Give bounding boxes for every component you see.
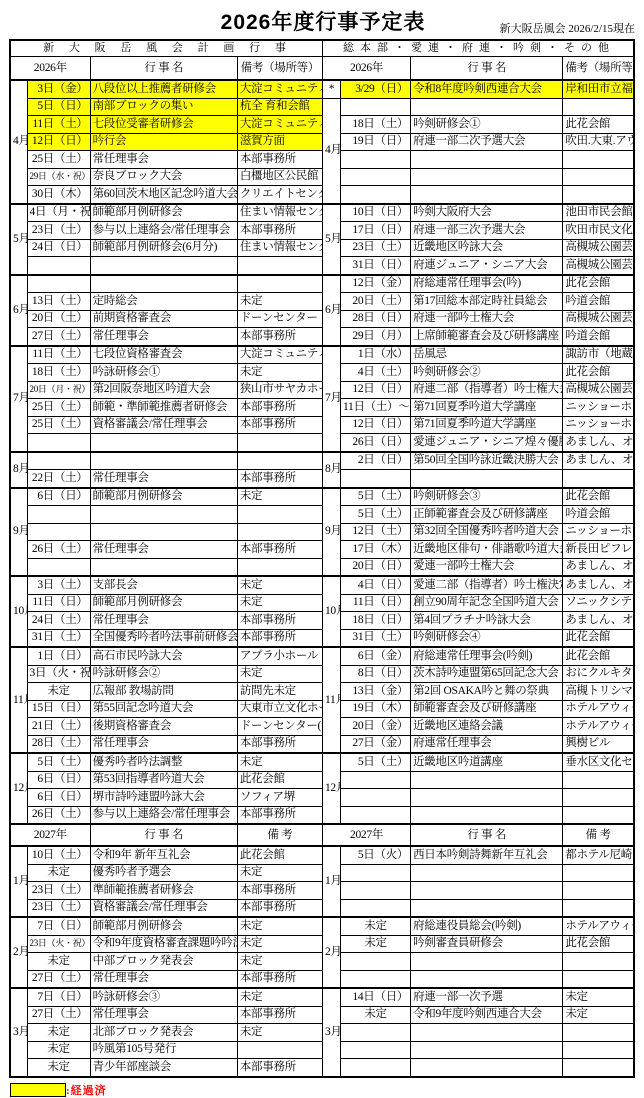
date-cell bbox=[27, 506, 90, 524]
date-cell: 17日（木） bbox=[340, 541, 410, 559]
venue-cell: 本部事務所 bbox=[237, 1006, 322, 1024]
right-section-title: 総本部・愛連・府連・吟剣・その他 bbox=[322, 40, 634, 57]
event-cell bbox=[90, 257, 237, 275]
event-col-header-right: 行 事 名 bbox=[411, 57, 563, 81]
schedule-row: 11日（日）師範部月例研修会未定11日（日）創立90周年記念全国吟道大会ソニック… bbox=[10, 594, 634, 612]
date-cell: 未定 bbox=[27, 864, 90, 882]
date-cell bbox=[340, 771, 410, 789]
venue-cell: 吟道会館 bbox=[563, 328, 634, 346]
title-row: 2026年度行事予定表 新大阪岳風会 2026/2/15現在 bbox=[9, 10, 637, 36]
date-cell bbox=[340, 1041, 410, 1059]
event-cell: 高石市民吟詠大会 bbox=[90, 647, 237, 665]
event-cell: 府連一部二次予選大会 bbox=[411, 133, 563, 151]
event-cell: 令和8年度吟剣西連合大会 bbox=[411, 80, 563, 98]
event-cell: 常任理事会 bbox=[90, 151, 237, 169]
venue-cell: 未定 bbox=[237, 594, 322, 612]
date-cell: 5日（土） bbox=[340, 506, 410, 524]
event-cell bbox=[411, 864, 563, 882]
date-cell: 8日（日） bbox=[340, 665, 410, 683]
section-header-row: 新 大 阪 岳 風 会 計 画 行 事 総本部・愛連・府連・吟剣・その他 bbox=[10, 40, 634, 57]
venue-cell: 本部事務所 bbox=[237, 882, 322, 900]
year-label-2027-left: 2027年 bbox=[10, 824, 90, 846]
venue-cell: ニッショーホール(東京) bbox=[563, 399, 634, 417]
date-cell: 7日（日） bbox=[27, 988, 90, 1006]
date-cell bbox=[340, 151, 410, 169]
event-cell: 支部長会 bbox=[90, 576, 237, 594]
date-cell: 28日（土） bbox=[27, 735, 90, 753]
venue-cell: あましん、オクトホール bbox=[563, 452, 634, 470]
date-cell: 27日（土） bbox=[27, 328, 90, 346]
venue-cell: 本部事務所 bbox=[237, 1059, 322, 1077]
date-cell bbox=[340, 953, 410, 971]
event-cell: 第32回全国優秀吟者吟道大会 bbox=[411, 523, 563, 541]
venue-cell: 吟道会館 bbox=[563, 506, 634, 524]
month-label: 1月 bbox=[322, 846, 340, 917]
event-cell: 愛連一部吟士権大会 bbox=[411, 558, 563, 576]
schedule-row: 27日（土）常任理事会本部事務所 bbox=[10, 970, 634, 988]
date-cell: 15日（日） bbox=[27, 700, 90, 718]
event-cell: 第17回総本部定時社員総会 bbox=[411, 293, 563, 311]
schedule-row: 24日（土）常任理事会本部事務所18日（日）第4回プラチナ吟詠大会あましん、オク… bbox=[10, 612, 634, 630]
venue-cell: ホテルアウィーナ大阪 bbox=[563, 700, 634, 718]
date-cell: 未定 bbox=[340, 935, 410, 953]
date-cell: 4日（日） bbox=[340, 576, 410, 594]
date-cell: 29日（水・祝） bbox=[27, 168, 90, 186]
venue-cell: 本部事務所 bbox=[237, 151, 322, 169]
schedule-row: 未定北部ブロック発表会未定 bbox=[10, 1024, 634, 1042]
event-cell: 優秀吟者予選会 bbox=[90, 864, 237, 882]
schedule-row: 6日（日）第53回指導者吟道大会此花会館 bbox=[10, 771, 634, 789]
venue-cell: 未定 bbox=[563, 988, 634, 1006]
date-cell: 5日（日） bbox=[27, 98, 90, 116]
date-cell: 1日（日） bbox=[27, 647, 90, 665]
event-cell: 第2回 OSAKA吟と舞の祭典 bbox=[411, 683, 563, 701]
date-cell bbox=[340, 882, 410, 900]
schedule-row: 未定中部ブロック発表会未定 bbox=[10, 953, 634, 971]
venue-cell: 本部事務所 bbox=[237, 629, 322, 647]
schedule-row: 未定吟風第105号発行 bbox=[10, 1041, 634, 1059]
schedule-row: 未定広報部 教場訪問訪問先未定13日（金）第2回 OSAKA吟と舞の祭典高槻トリ… bbox=[10, 683, 634, 701]
date-cell: 23日（土） bbox=[27, 222, 90, 240]
venue-cell bbox=[563, 470, 634, 488]
date-cell: 28日（日） bbox=[340, 310, 410, 328]
schedule-row: 未定青少年部座談会本部事務所 bbox=[10, 1059, 634, 1077]
event-col-header-2027-left: 行 事 名 bbox=[90, 824, 237, 846]
date-cell bbox=[27, 257, 90, 275]
date-cell: 17日（日） bbox=[340, 222, 410, 240]
date-cell: 10日（土） bbox=[27, 846, 90, 864]
rows-2026: 4月3日（金）八段位以上推薦者研修会大淀コミュニティセンター*3/29（日）令和… bbox=[10, 80, 634, 824]
venue-cell: 池田市民会館 bbox=[563, 204, 634, 222]
date-cell bbox=[340, 470, 410, 488]
date-cell: 12日（日） bbox=[340, 416, 410, 434]
month-label: 4月 bbox=[10, 80, 27, 204]
venue-cell bbox=[237, 523, 322, 541]
event-cell: 令和9年度資格審査課題吟吟法調整 bbox=[90, 935, 237, 953]
date-cell: 13日（土） bbox=[27, 293, 90, 311]
date-cell bbox=[27, 558, 90, 576]
venue-cell: 大東市立文化ホール bbox=[237, 700, 322, 718]
venue-cell: 未定 bbox=[237, 753, 322, 771]
date-cell: 未定 bbox=[27, 1041, 90, 1059]
venue-cell: あましん、オクトホール bbox=[563, 558, 634, 576]
date-cell: 12日（日） bbox=[340, 381, 410, 399]
date-cell: 未定 bbox=[27, 1059, 90, 1077]
date-cell: 19日（木） bbox=[340, 700, 410, 718]
schedule-row: 1月10日（土）令和9年 新年互礼会此花会館1月5日（火）西日本吟剣詩舞新年互礼… bbox=[10, 846, 634, 864]
venue-cell bbox=[563, 151, 634, 169]
event-cell bbox=[90, 558, 237, 576]
venue-cell bbox=[563, 771, 634, 789]
venue-cell: 未定 bbox=[563, 1006, 634, 1024]
date-cell: 12日（金） bbox=[340, 275, 410, 293]
venue-cell: ホテルアウィーナ大阪 bbox=[563, 718, 634, 736]
event-cell: 後期資格審査会 bbox=[90, 718, 237, 736]
date-cell: 2日（日） bbox=[340, 452, 410, 470]
date-cell bbox=[340, 168, 410, 186]
date-cell bbox=[340, 899, 410, 917]
event-cell: 府連一部一次予選 bbox=[411, 988, 563, 1006]
event-cell: 師範部月例研修会 bbox=[90, 204, 237, 222]
venue-cell: 本部事務所 bbox=[237, 806, 322, 824]
schedule-row: 6月6月12日（金）府総連常任理事会(吟)此花会館 bbox=[10, 275, 634, 293]
venue-cell: 吟道会館 bbox=[563, 293, 634, 311]
event-cell: 上席師範審査会及び研修講座 bbox=[411, 328, 563, 346]
schedule-row: 12日（土）第32回全国優秀吟者吟道大会ニッショーホール(東京) bbox=[10, 523, 634, 541]
venue-cell bbox=[563, 899, 634, 917]
event-cell bbox=[411, 98, 563, 116]
event-cell bbox=[411, 151, 563, 169]
month-label: 7月 bbox=[322, 346, 340, 452]
venue-cell: あましん、オクトホール bbox=[563, 612, 634, 630]
event-cell: 八段位以上推薦者研修会 bbox=[90, 80, 237, 98]
date-cell bbox=[340, 970, 410, 988]
date-cell: 24日（土） bbox=[27, 612, 90, 630]
venue-cell bbox=[563, 186, 634, 204]
event-cell: 北部ブロック発表会 bbox=[90, 1024, 237, 1042]
event-cell: 吟風第105号発行 bbox=[90, 1041, 237, 1059]
event-cell: 参与以上連絡会/常任理事会 bbox=[90, 806, 237, 824]
venue-cell: 未定 bbox=[237, 935, 322, 953]
event-cell: 堺市詩吟連盟吟詠大会 bbox=[90, 789, 237, 807]
date-cell: 18日（土） bbox=[27, 364, 90, 382]
schedule-row: 20日（日）愛連一部吟士権大会あましん、オクトホール bbox=[10, 558, 634, 576]
venue-cell: 本部事務所 bbox=[237, 470, 322, 488]
venue-cell bbox=[563, 882, 634, 900]
date-cell bbox=[27, 452, 90, 470]
schedule-row: 12日（日）吟行会滋賀方面19日（日）府連一部二次予選大会吹田.大東.アウィーナ bbox=[10, 133, 634, 151]
venue-cell: ドーンセンター bbox=[237, 310, 322, 328]
venue-cell: 此花会館 bbox=[563, 629, 634, 647]
schedule-row: 30日（木）第60回茨木地区記念吟道大会クリエイトセンター bbox=[10, 186, 634, 204]
schedule-row: 23日（土）準師範推薦者研修会本部事務所 bbox=[10, 882, 634, 900]
event-cell bbox=[411, 470, 563, 488]
date-cell: 10日（日） bbox=[340, 204, 410, 222]
event-cell bbox=[411, 186, 563, 204]
venue-cell: 未定 bbox=[237, 665, 322, 683]
event-cell: 岳風忌 bbox=[411, 346, 563, 364]
date-cell: 26日（土） bbox=[27, 806, 90, 824]
date-cell bbox=[340, 1024, 410, 1042]
date-cell: 12日（土） bbox=[340, 523, 410, 541]
event-cell bbox=[411, 1041, 563, 1059]
event-cell bbox=[411, 168, 563, 186]
venue-cell: 垂水区文化センター bbox=[563, 753, 634, 771]
event-cell bbox=[90, 506, 237, 524]
venue-cell: 未定 bbox=[237, 488, 322, 506]
date-cell: 24日（日） bbox=[27, 239, 90, 257]
event-cell: 府連常任理事会 bbox=[411, 735, 563, 753]
schedule-row: 2月7日（日）師範部月例研修会未定2月未定府総連役員総会(吟剣)ホテルアウィーナ… bbox=[10, 917, 634, 935]
schedule-row: 4月3日（金）八段位以上推薦者研修会大淀コミュニティセンター*3/29（日）令和… bbox=[10, 80, 634, 98]
venue-cell: 未定 bbox=[237, 364, 322, 382]
event-cell: 常任理事会 bbox=[90, 470, 237, 488]
event-cell: 師範・準師範推薦者研修会 bbox=[90, 399, 237, 417]
venue-cell: 此花会館 bbox=[237, 846, 322, 864]
event-cell: 令和9年 新年互礼会 bbox=[90, 846, 237, 864]
event-cell: 師範部月例研修会 bbox=[90, 488, 237, 506]
date-cell bbox=[27, 523, 90, 541]
schedule-row: 22日（土）常任理事会本部事務所 bbox=[10, 470, 634, 488]
venue-cell bbox=[563, 789, 634, 807]
venue-cell: 此花会館 bbox=[563, 935, 634, 953]
date-cell: 22日（土） bbox=[27, 470, 90, 488]
venue-cell: 住まい情報センター bbox=[237, 239, 322, 257]
schedule-row: 27日（土）常任理事会本部事務所29日（月）上席師範審査会及び研修講座吟道会館 bbox=[10, 328, 634, 346]
date-cell bbox=[340, 789, 410, 807]
venue-cell bbox=[237, 1041, 322, 1059]
venue-cell: 本部事務所 bbox=[237, 899, 322, 917]
schedule-row: 未定優秀吟者予選会未定 bbox=[10, 864, 634, 882]
event-cell bbox=[90, 434, 237, 452]
event-cell: 吟剣研修会② bbox=[411, 364, 563, 382]
schedule-row: 25日（土）資格審議会/常任理事会本部事務所12日（日）第71回夏季吟道大学講座… bbox=[10, 416, 634, 434]
venue-cell: ニッショーホール(東京) bbox=[563, 416, 634, 434]
venue-cell: 大淀コミュニティセンター bbox=[237, 116, 322, 134]
event-cell: 近畿地区俳句・俳諧歌吟道大会 bbox=[411, 541, 563, 559]
event-cell: 愛連ジュニア・シニア煌々優勝者決定大会 bbox=[411, 434, 563, 452]
schedule-row: 11日（土）七段位受審者研修会大淀コミュニティセンター18日（土）吟剣研修会①此… bbox=[10, 116, 634, 134]
venue-cell: クリエイトセンター bbox=[237, 186, 322, 204]
venue-cell: 本部事務所 bbox=[237, 612, 322, 630]
venue-cell bbox=[563, 1041, 634, 1059]
date-cell: 31日（土） bbox=[27, 629, 90, 647]
venue-cell: 未定 bbox=[237, 917, 322, 935]
event-cell: 師範部月例研修会(6月分) bbox=[90, 239, 237, 257]
event-cell: 西日本吟剣詩舞新年互礼会 bbox=[411, 846, 563, 864]
event-cell: 常任理事会 bbox=[90, 612, 237, 630]
date-cell bbox=[27, 275, 90, 293]
date-cell: 6日（金） bbox=[340, 647, 410, 665]
legend-label: :経過済 bbox=[66, 1082, 107, 1098]
event-cell: 吟剣審査員研修会 bbox=[411, 935, 563, 953]
venue-cell: 未定 bbox=[237, 576, 322, 594]
year-label-left: 2026年 bbox=[10, 57, 90, 81]
event-cell bbox=[90, 275, 237, 293]
date-cell: 20日（金） bbox=[340, 718, 410, 736]
date-cell: 6日（日） bbox=[27, 789, 90, 807]
date-cell: 25日（土） bbox=[27, 151, 90, 169]
month-label: 6月 bbox=[322, 275, 340, 346]
month-label: 2月 bbox=[10, 917, 27, 988]
date-cell: 18日（日） bbox=[340, 612, 410, 630]
venue-cell: 大淀コミュニティセンター bbox=[237, 80, 322, 98]
venue-cell: 岸和田市立福祉総合センター bbox=[563, 80, 634, 98]
date-cell: 23日（土） bbox=[340, 239, 410, 257]
schedule-row: 6日（日）堺市詩吟連盟吟詠大会ソフィア堺 bbox=[10, 789, 634, 807]
event-cell bbox=[411, 899, 563, 917]
note-col-header-left: 備考（場所等） bbox=[237, 57, 322, 81]
event-cell: 府総連役員総会(吟剣) bbox=[411, 917, 563, 935]
event-cell: 七段位受審者研修会 bbox=[90, 116, 237, 134]
event-col-header-left: 行 事 名 bbox=[90, 57, 237, 81]
venue-cell bbox=[237, 275, 322, 293]
event-cell: 府連一部三次予選大会 bbox=[411, 222, 563, 240]
month-label: 9月 bbox=[10, 488, 27, 577]
date-cell: 3日（火・祝） bbox=[27, 665, 90, 683]
venue-cell: 大淀コミュニティセンター3 bbox=[237, 346, 322, 364]
event-cell: 常任理事会 bbox=[90, 735, 237, 753]
venue-cell bbox=[563, 168, 634, 186]
venue-cell: ソニックシティホール bbox=[563, 594, 634, 612]
month-label: 2月 bbox=[322, 917, 340, 988]
date-cell bbox=[340, 806, 410, 824]
event-cell: 愛連二部（指導者）吟士権決定大会 bbox=[411, 576, 563, 594]
venue-cell: 未定 bbox=[237, 953, 322, 971]
schedule-row: 27日（土）常任理事会本部事務所未定令和9年度吟剣西連合大会未定 bbox=[10, 1006, 634, 1024]
event-cell bbox=[90, 452, 237, 470]
date-cell: 11日（日） bbox=[27, 594, 90, 612]
date-cell: 27日（土） bbox=[27, 970, 90, 988]
event-cell bbox=[411, 953, 563, 971]
venue-cell: 高槻城公園芸術文化劇場 bbox=[563, 310, 634, 328]
event-cell: 広報部 教場訪問 bbox=[90, 683, 237, 701]
schedule-row: 31日（日）府連ジュニア・シニア大会高槻城公園芸術文化劇場 bbox=[10, 257, 634, 275]
schedule-page: 2026年度行事予定表 新大阪岳風会 2026/2/15現在 新 大 阪 岳 風… bbox=[0, 0, 644, 1098]
event-cell: 吟剣研修会③ bbox=[411, 488, 563, 506]
venue-cell: 本部事務所 bbox=[237, 735, 322, 753]
venue-cell: ニッショーホール(東京) bbox=[563, 523, 634, 541]
venue-cell: 滋賀方面 bbox=[237, 133, 322, 151]
date-cell: 25日（土） bbox=[27, 399, 90, 417]
venue-cell bbox=[563, 970, 634, 988]
event-cell: 常任理事会 bbox=[90, 970, 237, 988]
event-cell: 準師範推薦者研修会 bbox=[90, 882, 237, 900]
schedule-table: 新 大 阪 岳 風 会 計 画 行 事 総本部・愛連・府連・吟剣・その他 202… bbox=[9, 39, 635, 1078]
venue-cell: 此花会館 bbox=[563, 364, 634, 382]
event-cell: 第4回プラチナ吟詠大会 bbox=[411, 612, 563, 630]
venue-cell bbox=[237, 452, 322, 470]
venue-cell: 此花会館 bbox=[563, 116, 634, 134]
event-cell: 師範部月例研修会 bbox=[90, 917, 237, 935]
venue-cell: 吹田市民文化、大東市民会館 bbox=[563, 222, 634, 240]
date-cell: 未定 bbox=[27, 683, 90, 701]
event-cell: 七段位資格審査会 bbox=[90, 346, 237, 364]
event-cell: 吟剣研修会① bbox=[411, 116, 563, 134]
event-cell bbox=[411, 789, 563, 807]
venue-cell: ソフィア堺 bbox=[237, 789, 322, 807]
event-cell: 令和9年度吟剣西連合大会 bbox=[411, 1006, 563, 1024]
month-label: 12月 bbox=[10, 753, 27, 824]
venue-cell: 此花会館 bbox=[237, 771, 322, 789]
schedule-row: 24日（日）師範部月例研修会(6月分)住まい情報センター23日（土）近畿地区吟詠… bbox=[10, 239, 634, 257]
highlight-swatch bbox=[10, 1083, 66, 1097]
rows-2027: 1月10日（土）令和9年 新年互礼会此花会館1月5日（火）西日本吟剣詩舞新年互礼… bbox=[10, 846, 634, 1077]
event-cell: 青少年部座談会 bbox=[90, 1059, 237, 1077]
venue-cell: 未定 bbox=[237, 864, 322, 882]
event-cell: 府連一部吟士権大会 bbox=[411, 310, 563, 328]
venue-cell bbox=[563, 1059, 634, 1077]
venue-cell: 興樹ビル bbox=[563, 735, 634, 753]
date-cell: 3日（土） bbox=[27, 576, 90, 594]
venue-cell: 新長田ピフレホール bbox=[563, 541, 634, 559]
event-cell: 吟詠研修会② bbox=[90, 665, 237, 683]
schedule-row: 13日（土）定時総会未定20日（土）第17回総本部定時社員総会吟道会館 bbox=[10, 293, 634, 311]
event-cell bbox=[411, 1059, 563, 1077]
venue-cell: 高槻城公園芸術文化劇場 bbox=[563, 257, 634, 275]
event-cell: 前期資格審査会 bbox=[90, 310, 237, 328]
note-col-header-right: 備考（場所等） bbox=[563, 57, 634, 81]
venue-cell: 高槻城公園芸術文化劇場 bbox=[563, 239, 634, 257]
venue-cell: 吹田.大東.アウィーナ bbox=[563, 133, 634, 151]
event-cell: 府連ジュニア・シニア大会 bbox=[411, 257, 563, 275]
event-cell: 定時総会 bbox=[90, 293, 237, 311]
date-cell: 3日（金） bbox=[27, 80, 90, 98]
date-cell bbox=[27, 434, 90, 452]
venue-cell: 諏訪市（地蔵寺） bbox=[563, 346, 634, 364]
date-cell: 31日（日） bbox=[340, 257, 410, 275]
date-cell: 未定 bbox=[340, 917, 410, 935]
month-label: 1月 bbox=[10, 846, 27, 917]
month-label: 9月 bbox=[322, 488, 340, 577]
date-cell: 11日（日） bbox=[340, 594, 410, 612]
venue-cell: 此花会館 bbox=[563, 275, 634, 293]
venue-cell bbox=[563, 1024, 634, 1042]
event-cell: 常任理事会 bbox=[90, 541, 237, 559]
event-cell: 資格審議会/常任理事会 bbox=[90, 416, 237, 434]
month-label: 11月 bbox=[322, 647, 340, 753]
date-cell: 6日（日） bbox=[27, 771, 90, 789]
event-cell: 第53回指導者吟道大会 bbox=[90, 771, 237, 789]
event-cell: 近畿地区吟詠大会 bbox=[411, 239, 563, 257]
schedule-row: 7月11日（土）七段位資格審査会大淀コミュニティセンター37月1日（水）岳風忌諏… bbox=[10, 346, 634, 364]
month-label: 12月 bbox=[322, 753, 340, 824]
schedule-row: 25日（土）師範・準師範推薦者研修会本部事務所11日（土）〜第71回夏季吟道大学… bbox=[10, 399, 634, 417]
date-cell: 23日（火・祝） bbox=[27, 935, 90, 953]
column-header-row-2026: 2026年 行 事 名 備考（場所等） 2026年 行 事 名 備考（場所等） bbox=[10, 57, 634, 81]
event-cell bbox=[90, 523, 237, 541]
schedule-row: 23日（土）資格審議会/常任理事会本部事務所 bbox=[10, 899, 634, 917]
note-col-header-2027-left: 備 考 bbox=[237, 824, 322, 846]
venue-cell: 未定 bbox=[237, 1024, 322, 1042]
year-label-right: 2026年 bbox=[322, 57, 410, 81]
date-cell: 25日（土） bbox=[27, 416, 90, 434]
venue-cell: あましん、オクトホール bbox=[563, 576, 634, 594]
date-cell bbox=[340, 98, 410, 116]
date-cell: 未定 bbox=[340, 1006, 410, 1024]
event-cell bbox=[411, 1024, 563, 1042]
date-cell: 1日（水） bbox=[340, 346, 410, 364]
schedule-row: 5月4日（月・祝）師範部月例研修会住まい情報センター5月10日（日）吟剣大阪府大… bbox=[10, 204, 634, 222]
event-cell: 吟行会 bbox=[90, 133, 237, 151]
month-label: 3月 bbox=[10, 988, 27, 1077]
date-cell: 5日（火） bbox=[340, 846, 410, 864]
schedule-row: 9月6日（日）師範部月例研修会未定9月5日（土）吟剣研修会③此花会館 bbox=[10, 488, 634, 506]
event-cell: 資格審議会/常任理事会 bbox=[90, 899, 237, 917]
month-label: 11月 bbox=[10, 647, 27, 753]
event-cell: 第71回夏季吟道大学講座 bbox=[411, 399, 563, 417]
date-cell: 14日（日） bbox=[340, 988, 410, 1006]
